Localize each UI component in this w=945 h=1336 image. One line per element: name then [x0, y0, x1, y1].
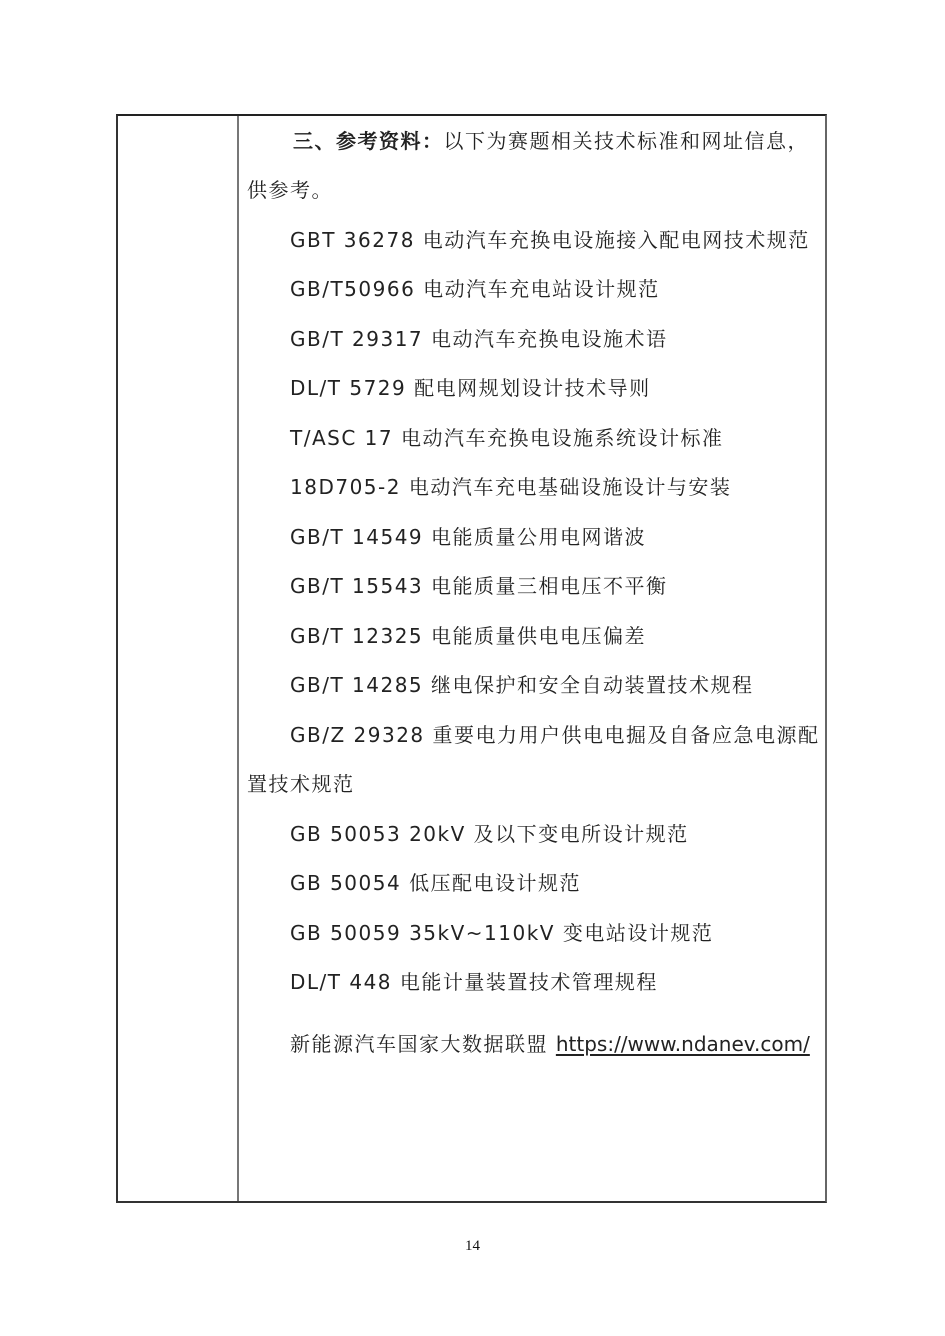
reference-table: 三、参考资料：以下为赛题相关技术标准和网址信息， 供参考。 GBT 36278 … [116, 114, 827, 1203]
reference-code: GB 50054 [290, 871, 401, 895]
reference-code: GB 50059 [290, 921, 401, 945]
website-reference: 新能源汽车国家大数据联盟 https://www.ndanev.com/ [290, 1031, 810, 1057]
reference-item: DL/T 448 电能计量装置技术管理规程 [290, 969, 658, 995]
reference-code: DL/T 5729 [290, 376, 406, 400]
reference-code: GB/T 15543 [290, 574, 423, 598]
reference-item: GB/T 15543 电能质量三相电压不平衡 [290, 573, 668, 599]
page-number: 14 [0, 1238, 945, 1255]
reference-title: 配电网规划设计技术导则 [414, 376, 651, 400]
reference-title: 重要电力用户供电电掘及自备应急电源配 [433, 723, 820, 747]
reference-item: GBT 36278 电动汽车充换电设施接入配电网技术规范 [290, 227, 810, 253]
section-heading-continued: 供参考。 [247, 177, 333, 203]
reference-item: GB 50054 低压配电设计规范 [290, 870, 581, 896]
reference-item: T/ASC 17 电动汽车充换电设施系统设计标准 [290, 425, 723, 451]
reference-code: GB/T 14285 [290, 673, 423, 697]
website-link[interactable]: https://www.ndanev.com/ [556, 1032, 810, 1056]
reference-item: 18D705-2 电动汽车充电基础设施设计与安装 [290, 474, 731, 500]
section-heading: 三、参考资料：以下为赛题相关技术标准和网址信息， [293, 128, 809, 154]
reference-title: 电动汽车充电基础设施设计与安装 [409, 475, 732, 499]
reference-title: 电能质量公用电网谐波 [431, 525, 646, 549]
reference-title: 低压配电设计规范 [409, 871, 581, 895]
reference-item: DL/T 5729 配电网规划设计技术导则 [290, 375, 651, 401]
table-cell-left [118, 116, 237, 1201]
reference-item: GB 50053 20kV 及以下变电所设计规范 [290, 821, 689, 847]
reference-item: GB/T 12325 电能质量供电电压偏差 [290, 623, 646, 649]
reference-item: GB/T 14285 继电保护和安全自动装置技术规程 [290, 672, 754, 698]
reference-item: GB 50059 35kV~110kV 变电站设计规范 [290, 920, 713, 946]
reference-code: GB/T 14549 [290, 525, 423, 549]
reference-title: 继电保护和安全自动装置技术规程 [431, 673, 754, 697]
website-label: 新能源汽车国家大数据联盟 [290, 1032, 548, 1056]
reference-title: 电动汽车充换电设施系统设计标准 [401, 426, 724, 450]
reference-code: GB/T 29317 [290, 327, 423, 351]
reference-item: GB/Z 29328 重要电力用户供电电掘及自备应急电源配 [290, 722, 820, 748]
reference-code: GB/T50966 [290, 277, 415, 301]
reference-title: 电动汽车充电站设计规范 [423, 277, 660, 301]
reference-title: 电能计量装置技术管理规程 [400, 970, 658, 994]
reference-code: GB/T 12325 [290, 624, 423, 648]
reference-item: GB/T 14549 电能质量公用电网谐波 [290, 524, 646, 550]
table-cell-right: 三、参考资料：以下为赛题相关技术标准和网址信息， 供参考。 GBT 36278 … [239, 116, 825, 1201]
reference-title: 35kV~110kV 变电站设计规范 [409, 921, 713, 945]
reference-code: GBT 36278 [290, 228, 415, 252]
reference-item-continued: 置技术规范 [247, 771, 355, 797]
reference-code: GB/Z 29328 [290, 723, 425, 747]
section-heading-bold: 三、参考资料： [293, 129, 444, 153]
reference-title: 电动汽车充换电设施术语 [431, 327, 668, 351]
reference-code: GB 50053 [290, 822, 401, 846]
section-heading-text: 以下为赛题相关技术标准和网址信息， [444, 129, 810, 153]
reference-title: 电能质量供电电压偏差 [431, 624, 646, 648]
reference-title: 电能质量三相电压不平衡 [431, 574, 668, 598]
reference-item: GB/T50966 电动汽车充电站设计规范 [290, 276, 660, 302]
reference-code: T/ASC 17 [290, 426, 393, 450]
reference-code: 18D705-2 [290, 475, 401, 499]
reference-title: 电动汽车充换电设施接入配电网技术规范 [423, 228, 810, 252]
reference-code: DL/T 448 [290, 970, 392, 994]
reference-item: GB/T 29317 电动汽车充换电设施术语 [290, 326, 668, 352]
reference-title: 20kV 及以下变电所设计规范 [409, 822, 689, 846]
